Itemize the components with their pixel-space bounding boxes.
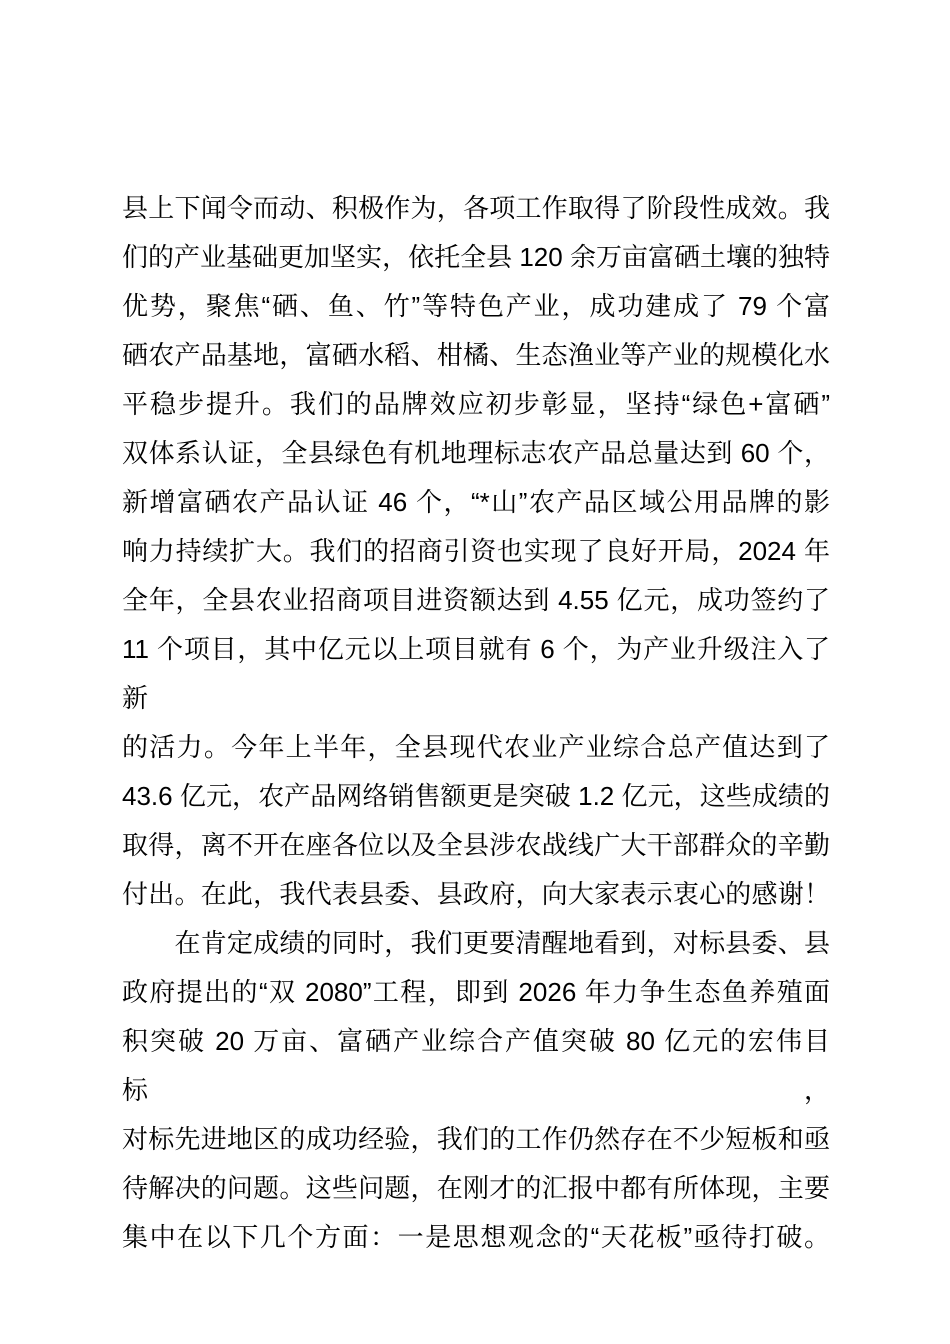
text-line: 们的产业基础更加坚实，依托全县 120 余万亩富硒土壤的独特 xyxy=(122,233,830,282)
text-line: 双体系认证，全县绿色有机地理标志农产品总量达到 60 个， xyxy=(122,429,830,478)
text-line paragraph-start: 在肯定成绩的同时，我们更要清醒地看到，对标县委、县 xyxy=(122,919,830,968)
text-line: 11 个项目，其中亿元以上项目就有 6 个，为产业升级注入了新 xyxy=(122,625,830,723)
text-line: 的活力。今年上半年，全县现代农业产业综合总产值达到了 xyxy=(122,723,830,772)
text-line: 待解决的问题。这些问题，在刚才的汇报中都有所体现，主要 xyxy=(122,1164,830,1213)
text-line: 集中在以下几个方面：一是思想观念的“天花板”亟待打破。 xyxy=(122,1213,830,1262)
text-line: 取得，离不开在座各位以及全县涉农战线广大干部群众的辛勤 xyxy=(122,821,830,870)
text-line: 付出。在此，我代表县委、县政府，向大家表示衷心的感谢！ xyxy=(122,870,830,919)
text-line: 县上下闻令而动、积极作为，各项工作取得了阶段性成效。我 xyxy=(122,184,830,233)
text-line: 新增富硒农产品认证 46 个，“*山”农产品区域公用品牌的影 xyxy=(122,478,830,527)
text-line: 响力持续扩大。我们的招商引资也实现了良好开局，2024 年 xyxy=(122,527,830,576)
text-line: 优势，聚焦“硒、鱼、竹”等特色产业，成功建成了 79 个富 xyxy=(122,282,830,331)
text-line: 43.6 亿元，农产品网络销售额更是突破 1.2 亿元，这些成绩的 xyxy=(122,772,830,821)
document-body-text: 县上下闻令而动、积极作为，各项工作取得了阶段性成效。我 们的产业基础更加坚实，依… xyxy=(122,184,830,1262)
text-line: 积突破 20 万亩、富硒产业综合产值突破 80 亿元的宏伟目标， xyxy=(122,1017,830,1115)
text-line: 硒农产品基地，富硒水稻、柑橘、生态渔业等产业的规模化水 xyxy=(122,331,830,380)
text-line: 政府提出的“双 2080”工程，即到 2026 年力争生态鱼养殖面 xyxy=(122,968,830,1017)
text-line: 对标先进地区的成功经验，我们的工作仍然存在不少短板和亟 xyxy=(122,1115,830,1164)
document-page: 县上下闻令而动、积极作为，各项工作取得了阶段性成效。我 们的产业基础更加坚实，依… xyxy=(0,0,950,1344)
text-line: 全年，全县农业招商项目进资额达到 4.55 亿元，成功签约了 xyxy=(122,576,830,625)
text-line: 平稳步提升。我们的品牌效应初步彰显，坚持“绿色+富硒” xyxy=(122,380,830,429)
